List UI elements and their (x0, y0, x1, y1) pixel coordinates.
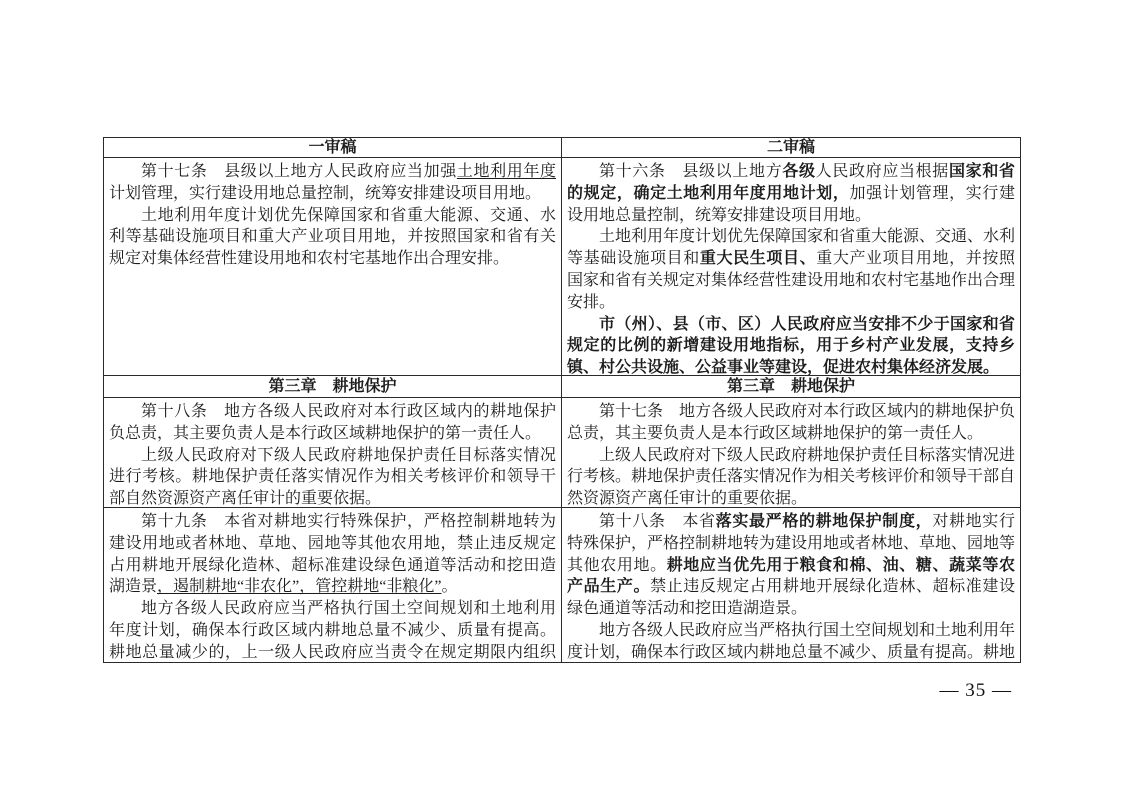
text-run: 各级 (782, 163, 815, 180)
text-run: 人民政府应当根据 (816, 163, 949, 180)
cell-second-draft-article-17: 第十七条 地方各级人民政府对本行政区域内的耕地保护负总责，其主要负责人是本行政区… (562, 398, 1020, 508)
text-run: 上级人民政府对下级人民政府耕地保护责任目标落实情况进行考核。耕地保护责任落实情况… (109, 447, 556, 508)
text-run: 第十六条 县级以上地方 (599, 163, 782, 180)
paragraph: 第十七条 地方各级人民政府对本行政区域内的耕地保护负总责，其主要负责人是本行政区… (567, 401, 1015, 445)
column-header-first-draft: 一审稿 (104, 138, 562, 158)
text-run: 上级人民政府对下级人民政府耕地保护责任目标落实情况进行考核。耕地保护责任落实情况… (567, 447, 1015, 508)
chapter-heading-first-draft: 第三章 耕地保护 (104, 376, 562, 398)
cell-second-draft-article-16: 第十六条 县级以上地方各级人民政府应当根据国家和省的规定，确定土地利用年度用地计… (562, 158, 1020, 376)
paragraph: 第十七条 县级以上地方人民政府应当加强土地利用年度计划管理，实行建设用地总量控制… (109, 161, 556, 205)
paragraph: 上级人民政府对下级人民政府耕地保护责任目标落实情况进行考核。耕地保护责任落实情况… (109, 445, 556, 508)
text-run: 第十八条 地方各级人民政府对本行政区域内的耕地保护负总责，其主要负责人是本行政区… (109, 403, 556, 442)
text-run: 第十七条 地方各级人民政府对本行政区域内的耕地保护负总责，其主要负责人是本行政区… (567, 403, 1015, 442)
paragraph: 地方各级人民政府应当严格执行国土空间规划和土地利用年度计划，确保本行政区域内耕地… (567, 620, 1015, 662)
text-run: 重大民生项目、 (700, 250, 816, 267)
cell-first-draft-article-19: 第十九条 本省对耕地实行特殊保护，严格控制耕地转为建设用地或者林地、草地、园地等… (104, 508, 562, 662)
text-run: 第十八条 本省 (599, 513, 716, 530)
paragraph: 上级人民政府对下级人民政府耕地保护责任目标落实情况进行考核。耕地保护责任落实情况… (567, 445, 1015, 508)
text-run: 落实最严格的耕地保护制度， (716, 513, 933, 530)
paragraph: 第十八条 本省落实最严格的耕地保护制度，对耕地实行特殊保护，严格控制耕地转为建设… (567, 511, 1015, 620)
paragraph: 第十九条 本省对耕地实行特殊保护，严格控制耕地转为建设用地或者林地、草地、园地等… (109, 511, 556, 598)
text-run: 地方各级人民政府应当严格执行国土空间规划和土地利用年度计划，确保本行政区域内耕地… (109, 600, 556, 662)
paragraph: 地方各级人民政府应当严格执行国土空间规划和土地利用年度计划，确保本行政区域内耕地… (109, 598, 556, 662)
column-header-second-draft: 二审稿 (562, 138, 1020, 158)
comparison-table: 一审稿 二审稿 第十七条 县级以上地方人民政府应当加强土地利用年度计划管理，实行… (103, 137, 1021, 663)
text-run: 地方各级人民政府应当严格执行国土空间规划和土地利用年度计划，确保本行政区域内耕地… (567, 622, 1015, 661)
paragraph: 第十六条 县级以上地方各级人民政府应当根据国家和省的规定，确定土地利用年度用地计… (567, 161, 1015, 226)
text-run: 土地利用年度计划优先保障国家和省重大能源、交通、水利等基础设施项目和重大产业项目… (109, 207, 556, 268)
cell-first-draft-article-17: 第十七条 县级以上地方人民政府应当加强土地利用年度计划管理，实行建设用地总量控制… (104, 158, 562, 376)
cell-first-draft-article-18: 第十八条 地方各级人民政府对本行政区域内的耕地保护负总责，其主要负责人是本行政区… (104, 398, 562, 508)
document-page: 一审稿 二审稿 第十七条 县级以上地方人民政府应当加强土地利用年度计划管理，实行… (0, 0, 1122, 793)
page-number: — 35 — (940, 680, 1013, 702)
chapter-heading-second-draft: 第三章 耕地保护 (562, 376, 1020, 398)
paragraph: 市（州）、县（市、区）人民政府应当安排不少于国家和省规定的比例的新增建设用地指标… (567, 314, 1015, 376)
paragraph: 第十八条 地方各级人民政府对本行政区域内的耕地保护负总责，其主要负责人是本行政区… (109, 401, 556, 445)
paragraph: 土地利用年度计划优先保障国家和省重大能源、交通、水利等基础设施项目和重大产业项目… (109, 205, 556, 270)
paragraph: 土地利用年度计划优先保障国家和省重大能源、交通、水利等基础设施项目和重大民生项目… (567, 226, 1015, 313)
text-run: 计划管理，实行建设用地总量控制，统筹安排建设项目用地。 (109, 185, 541, 202)
cell-second-draft-article-18: 第十八条 本省落实最严格的耕地保护制度，对耕地实行特殊保护，严格控制耕地转为建设… (562, 508, 1020, 662)
text-run: 第十七条 县级以上地方人民政府应当加强 (141, 163, 457, 180)
text-run: 土地利用年度 (457, 163, 556, 180)
text-run: 市（州）、县（市、区）人民政府应当安排不少于国家和省规定的比例的新增建设用地指标… (567, 316, 1015, 376)
text-run: 。 (441, 578, 457, 595)
text-run: ，遏制耕地“非农化”，管控耕地“非粮化” (157, 578, 441, 595)
